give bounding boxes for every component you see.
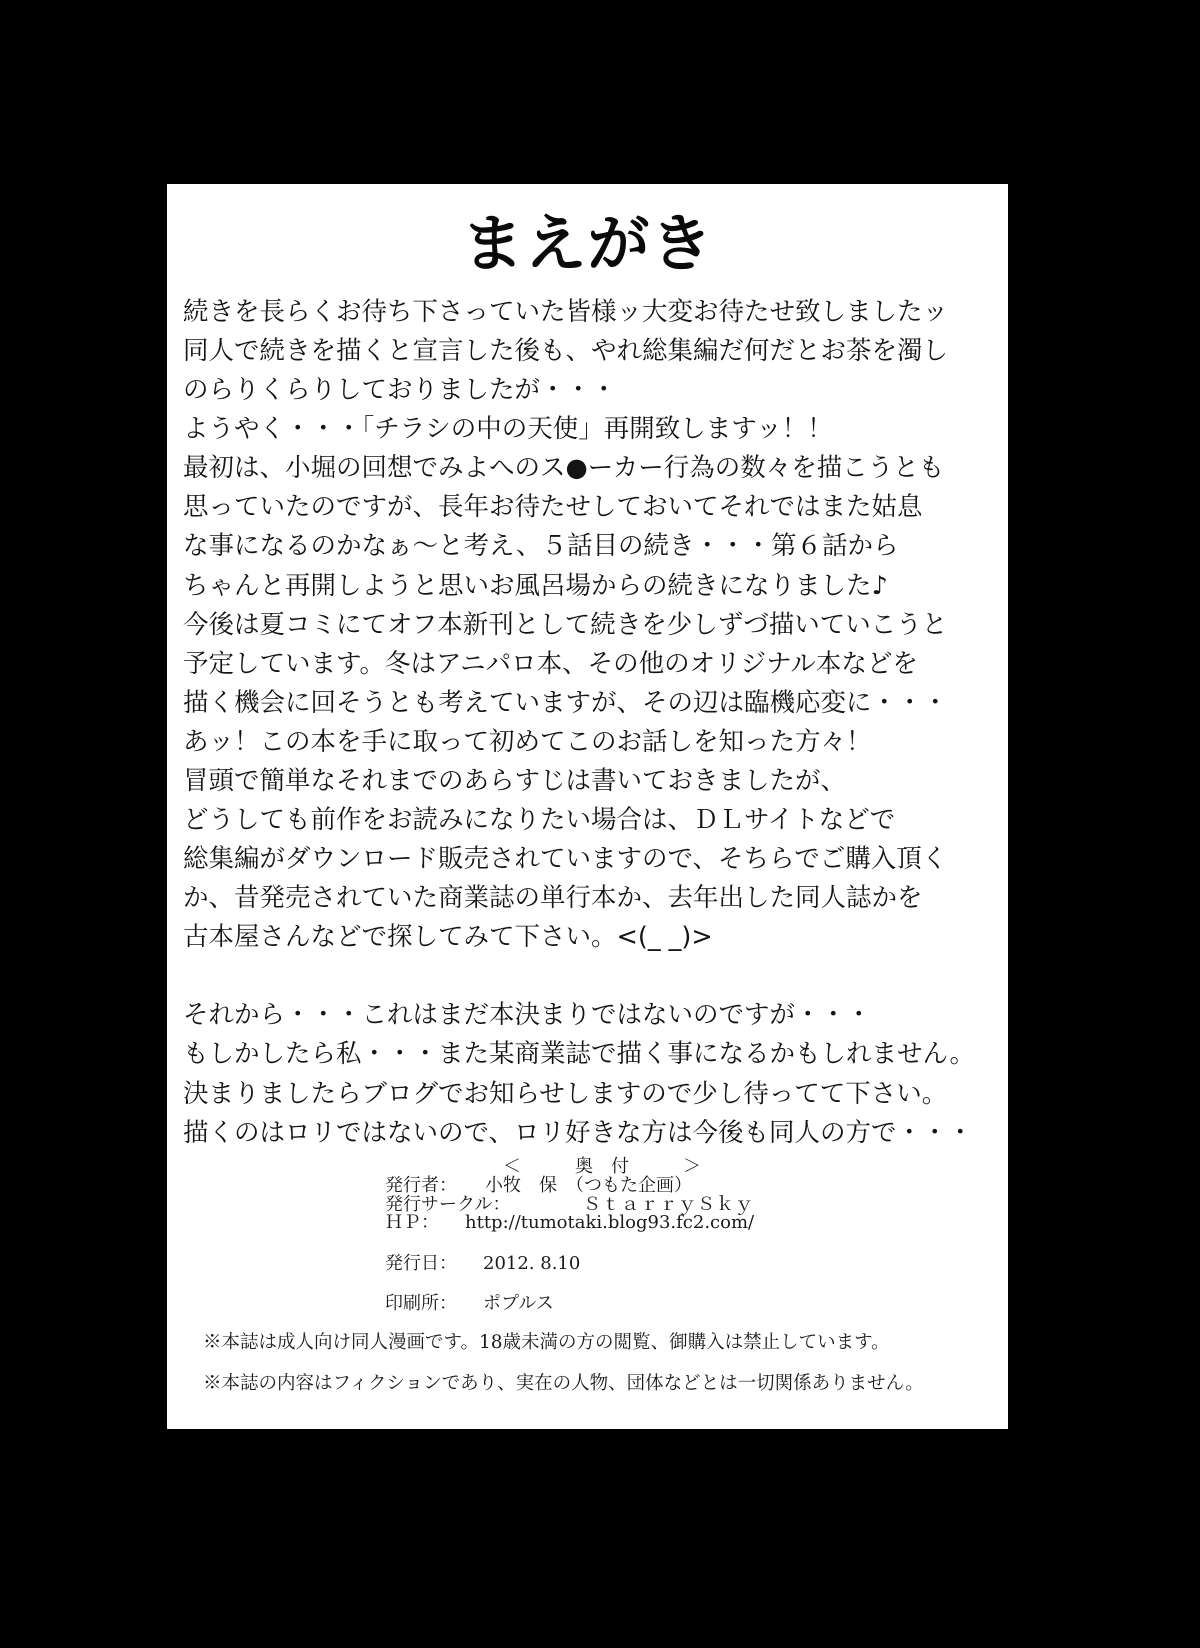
- colophon-issue-date-label: 発行日：: [385, 1254, 457, 1274]
- body-line: 総集編がダウンロード販売されていますので、そちらでご購入頂く: [183, 840, 1003, 879]
- body-line: 今後は夏コミにてオフ本新刊として続きを少しずづ描いていこうと: [183, 606, 1003, 645]
- body-line: 同人で続きを描くと宣言した後も、やれ総集編だ何だとお茶を濁し: [183, 332, 1003, 371]
- body-line: あッ！この本を手に取って初めてこのお話しを知った方々！: [183, 723, 1003, 762]
- body-line: もしかしたら私・・・また某商業誌で描く事になるかもしれません。: [183, 1035, 1003, 1074]
- body-line: どうしても前作をお読みになりたい場合は、ＤＬサイトなどで: [183, 801, 1003, 840]
- colophon-publisher-label: 発行者：: [385, 1176, 457, 1196]
- colophon-heading: ＜ 奥 付 ＞: [503, 1157, 701, 1177]
- body-line: ちゃんと再開しようと思いお風呂場からの続きになりました♪: [183, 567, 1003, 606]
- body-line: 思っていたのですが、長年お待たせしておいてそれではまた姑息: [183, 488, 1003, 527]
- paragraph-1: 続きを長らくお待ち下さっていた皆様ッ大変お待たせ致しましたッ 同人で続きを描くと…: [183, 293, 1003, 957]
- scanned-page-background: まえがき 続きを長らくお待ち下さっていた皆様ッ大変お待たせ致しましたッ 同人で続…: [0, 0, 1200, 1648]
- colophon-publisher-value: 小牧 保 （つもた企画）: [485, 1176, 692, 1196]
- body-line: ようやく・・・「チラシの中の天使」再開致しますッ！！: [183, 410, 1003, 449]
- colophon-printer-label: 印刷所：: [385, 1294, 457, 1314]
- colophon-homepage-label: ＨＰ：: [385, 1213, 439, 1233]
- notice-adult-content: ※本誌は成人向け同人漫画です。18歳未満の方の閲覧、御購入は禁止しています。: [203, 1332, 890, 1354]
- colophon-issue-date-value: 2012. 8.10: [483, 1254, 580, 1274]
- body-line: それから・・・これはまだ本決まりではないのですが・・・: [183, 996, 1003, 1035]
- body-line: か、昔発売されていた商業誌の単行本か、去年出した同人誌かを: [183, 879, 1003, 918]
- body-line: のらりくらりしておりましたが・・・: [183, 371, 1003, 410]
- notice-fiction-disclaimer: ※本誌の内容はフィクションであり、実在の人物、団体などとは一切関係ありません。: [203, 1373, 924, 1395]
- body-line: 最初は、小堀の回想でみよへのス●ーカー行為の数々を描こうとも: [183, 449, 1003, 488]
- body-line: 決まりましたらブログでお知らせしますので少し待ってて下さい。: [183, 1075, 1003, 1114]
- body-line: 古本屋さんなどで探してみて下さい。<(_ _)>: [183, 918, 1003, 957]
- body-line: な事になるのかなぁ～と考え、５話目の続き・・・第６話から: [183, 527, 1003, 566]
- afterword-body: 続きを長らくお待ち下さっていた皆様ッ大変お待たせ致しましたッ 同人で続きを描くと…: [183, 293, 1003, 1153]
- afterword-page: まえがき 続きを長らくお待ち下さっていた皆様ッ大変お待たせ致しましたッ 同人で続…: [167, 184, 1008, 1429]
- colophon-printer-value: ポプルス: [483, 1294, 554, 1314]
- body-line: 冒頭で簡単なそれまでのあらすじは書いておきましたが、: [183, 762, 1003, 801]
- body-line: 描くのはロリではないので、ロリ好きな方は今後も同人の方で・・・: [183, 1114, 1003, 1153]
- body-line: 描く機会に回そうとも考えていますが、その辺は臨機応変に・・・: [183, 684, 1003, 723]
- colophon-homepage-url: http://tumotaki.blog93.fc2.com/: [465, 1213, 754, 1233]
- paragraph-2: それから・・・これはまだ本決まりではないのですが・・・ もしかしたら私・・・また…: [183, 996, 1003, 1152]
- body-line: 続きを長らくお待ち下さっていた皆様ッ大変お待たせ致しましたッ: [183, 293, 1003, 332]
- body-line: 予定しています。冬はアニパロ本、その他のオリジナル本などを: [183, 645, 1003, 684]
- page-title: まえがき: [167, 211, 1008, 277]
